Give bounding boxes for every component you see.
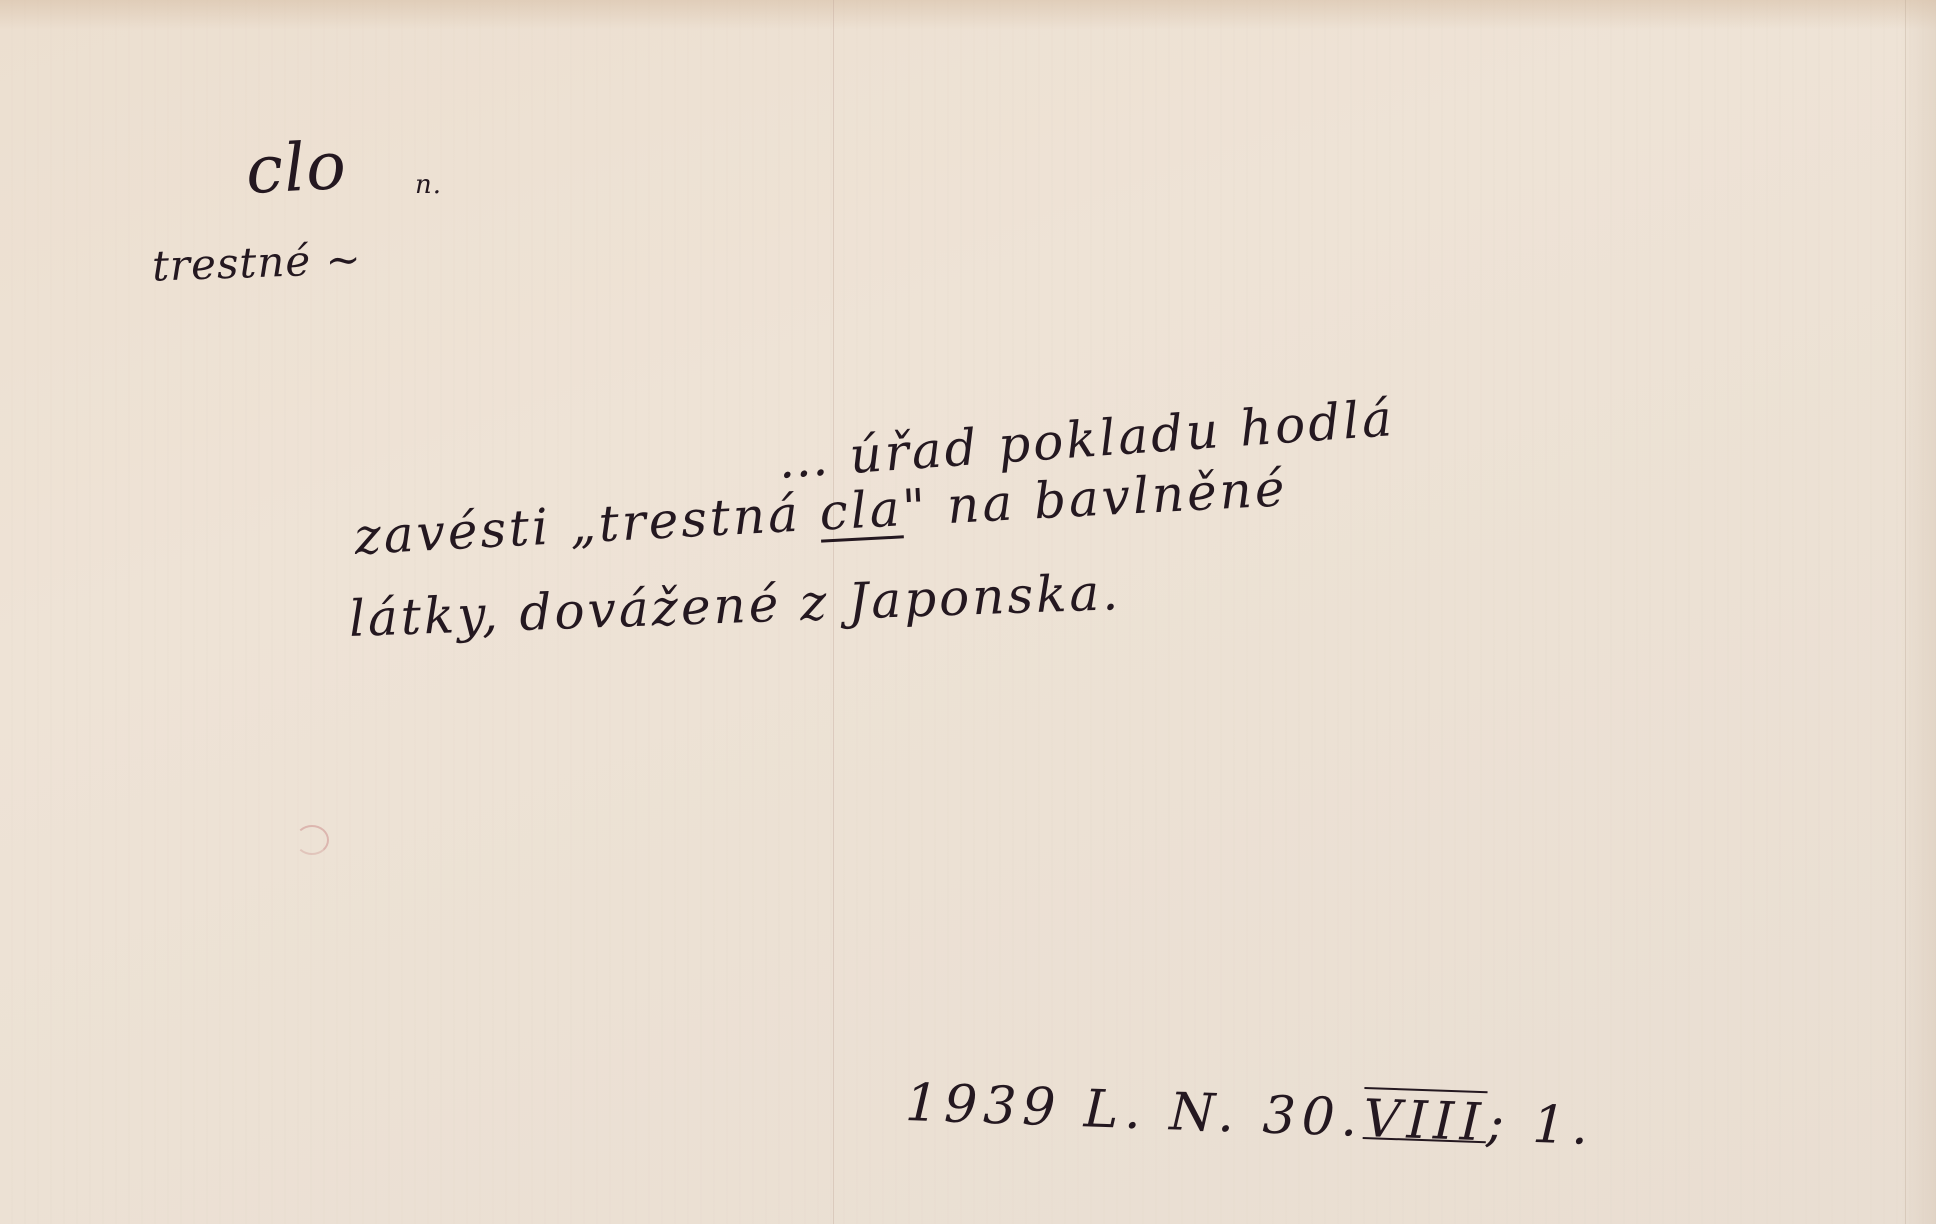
source-citation: 1939 L. N. 30.VIII; 1.: [904, 1073, 1595, 1157]
source-publication: L. N.: [1083, 1079, 1241, 1144]
source-day: 30.: [1262, 1085, 1365, 1148]
source-page: 1.: [1531, 1095, 1595, 1157]
underlined-headword-form: cla: [818, 479, 904, 541]
subentry-phrase: trestné ~: [151, 234, 362, 290]
quotation-line-2-start: zavésti „trestná: [353, 484, 821, 566]
quotation-line-3: látky, dovážené z Japonska.: [348, 563, 1122, 648]
source-year: 1939: [904, 1073, 1062, 1138]
source-separator: ;: [1485, 1093, 1511, 1154]
document-card: clo n. trestné ~ … úřad pokladu hodlá za…: [0, 0, 1936, 1224]
source-month: VIII: [1362, 1089, 1487, 1153]
headword: clo: [244, 127, 349, 209]
paper-stain-mark: [295, 825, 329, 855]
paper-edge-line: [1905, 0, 1906, 1224]
grammatical-marker: n.: [415, 170, 442, 200]
